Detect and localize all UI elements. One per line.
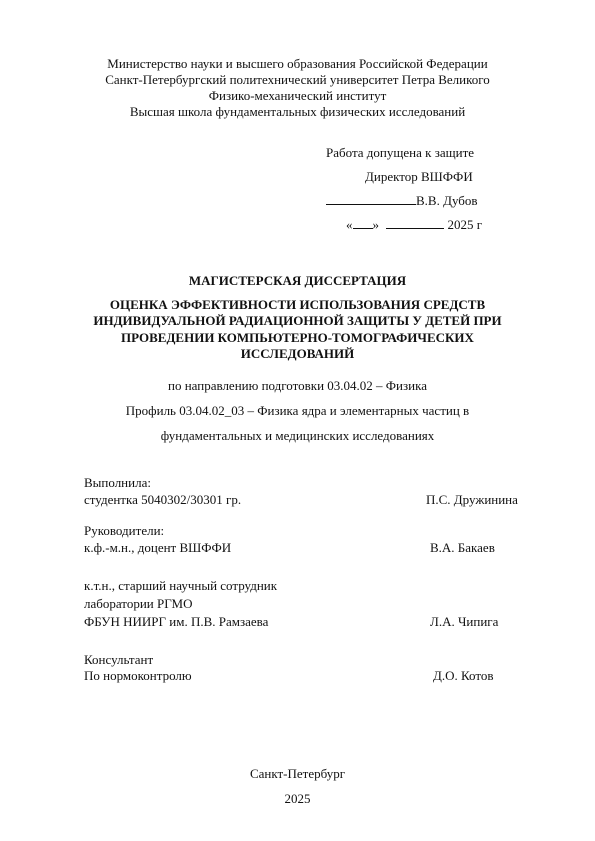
thesis-title-line-2: ИНДИВИДУАЛЬНОЙ РАДИАЦИОННОЙ ЗАЩИТЫ У ДЕТ… [0, 313, 595, 329]
month-blank [386, 217, 444, 229]
supervisor-2-role-line-2: лаборатории РГМО [84, 596, 193, 612]
date-year: 2025 г [448, 217, 483, 232]
profile-line-2: фундаментальных и медицинских исследован… [0, 428, 595, 444]
author-label: Выполнила: [84, 475, 151, 491]
profile-line-1: Профиль 03.04.02_03 – Физика ядра и элем… [0, 403, 595, 419]
author-name: П.С. Дружинина [426, 492, 518, 508]
director-position-text: Директор ВШФФИ [365, 169, 473, 185]
supervisor-2-name: Л.А. Чипига [430, 614, 498, 630]
study-direction-text: по направлению подготовки 03.04.02 – Физ… [0, 378, 595, 394]
institute-line: Физико-механический институт [0, 88, 595, 104]
approval-date-line: «» 2025 г [346, 217, 482, 233]
document-type-heading: МАГИСТЕРСКАЯ ДИССЕРТАЦИЯ [0, 273, 595, 289]
director-signature-line: В.В. Дубов [326, 193, 478, 209]
supervisor-2-role-line-3: ФБУН НИИРГ им. П.В. Рамзаева [84, 614, 268, 630]
year-text: 2025 [0, 791, 595, 807]
university-line: Санкт-Петербургский политехнический унив… [0, 72, 595, 88]
thesis-title-line-3: ПРОВЕДЕНИИ КОМПЬЮТЕРНО-ТОМОГРАФИЧЕСКИХ [0, 330, 595, 346]
thesis-title-line-4: ИССЛЕДОВАНИЙ [0, 346, 595, 362]
consultant-name: Д.О. Котов [433, 668, 494, 684]
thesis-title-line-1: ОЦЕНКА ЭФФЕКТИВНОСТИ ИСПОЛЬЗОВАНИЯ СРЕДС… [0, 297, 595, 313]
supervisor-1-name: В.А. Бакаев [430, 540, 495, 556]
supervisors-label: Руководители: [84, 523, 164, 539]
date-close-quote: » [373, 217, 380, 232]
city-text: Санкт-Петербург [0, 766, 595, 782]
director-name: В.В. Дубов [416, 193, 478, 208]
signature-blank [326, 193, 416, 205]
ministry-line: Министерство науки и высшего образования… [0, 56, 595, 72]
supervisor-2-role-line-1: к.т.н., старший научный сотрудник [84, 578, 277, 594]
admitted-to-defense-text: Работа допущена к защите [326, 145, 474, 161]
consultant-label: Консультант [84, 652, 153, 668]
supervisor-1-role: к.ф.-м.н., доцент ВШФФИ [84, 540, 231, 556]
day-blank [353, 217, 373, 229]
author-role: студентка 5040302/30301 гр. [84, 492, 241, 508]
school-line: Высшая школа фундаментальных физических … [0, 104, 595, 120]
consultant-role: По нормоконтролю [84, 668, 192, 684]
